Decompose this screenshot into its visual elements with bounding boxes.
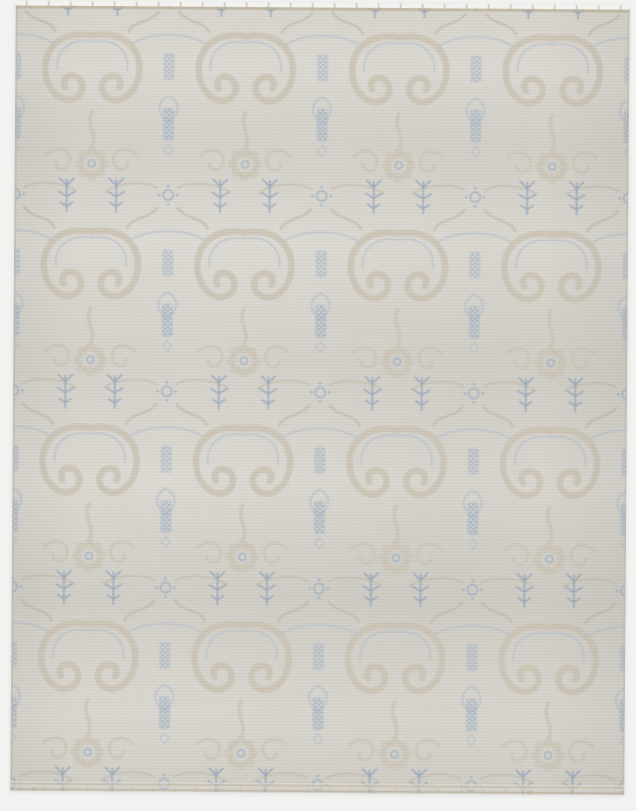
photo-backdrop	[0, 0, 636, 811]
rug	[10, 1, 630, 795]
rug-image	[10, 1, 630, 795]
edge-shading	[10, 6, 629, 795]
